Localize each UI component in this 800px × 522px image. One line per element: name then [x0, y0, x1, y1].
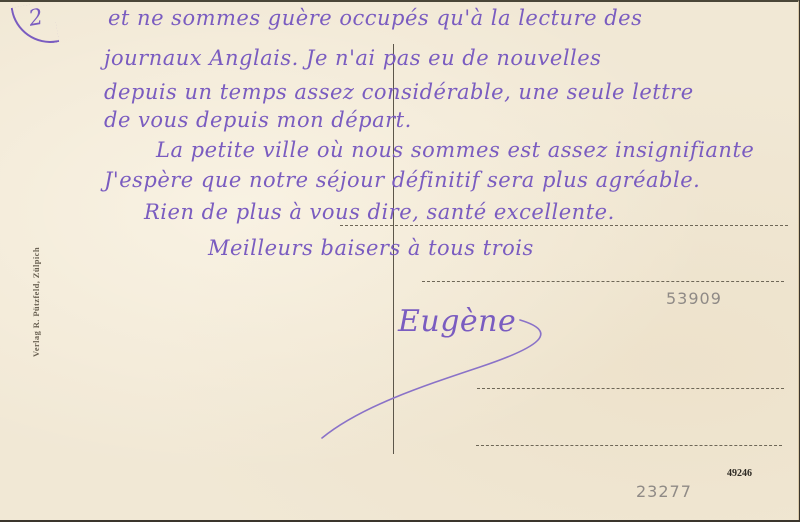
- signature-flourish: [0, 2, 800, 522]
- pencil-note-inventory: 23277: [636, 482, 692, 501]
- printed-card-number: 49246: [727, 468, 752, 479]
- pencil-note-reference: 53909: [666, 289, 722, 308]
- postcard-back: 2 Verlag R. Pützfeld, Zülpich et ne somm…: [0, 0, 799, 520]
